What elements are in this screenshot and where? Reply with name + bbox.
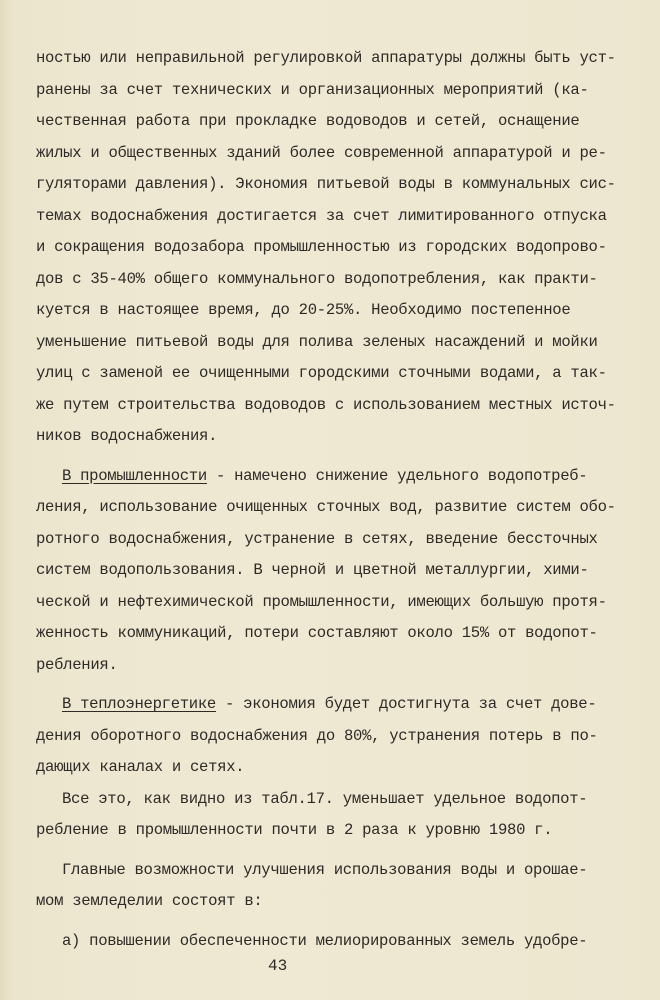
text-line: ностью или неправильной регулировкой апп… <box>36 43 656 75</box>
text-line: Главные возможности улучшения использова… <box>36 855 656 887</box>
text-line: В теплоэнергетике - экономия будет дости… <box>36 689 656 721</box>
text-line: улиц с заменой ее очищенными городскими … <box>36 358 656 390</box>
document-body: ностью или неправильной регулировкой апп… <box>36 43 656 957</box>
text-line: дающих каналах и сетях. <box>36 752 656 784</box>
text-line: ребление в промышленности почти в 2 раза… <box>36 815 656 847</box>
text-line: гуляторами давления). Экономия питьевой … <box>36 169 656 201</box>
text-line: жилых и общественных зданий более соврем… <box>36 138 656 170</box>
paragraph-municipal: ностью или неправильной регулировкой апп… <box>36 43 656 453</box>
text-line: дения оборотного водоснабжения до 80%, у… <box>36 721 656 753</box>
section-heading-industry: В промышленности <box>62 467 207 485</box>
paragraph-industry: В промышленности - намечено снижение уде… <box>36 461 656 682</box>
text-line: систем водопользования. В черной и цветн… <box>36 555 656 587</box>
paragraph-summary: Все это, как видно из табл.17. уменьшает… <box>36 784 656 847</box>
text-run: - намечено снижение удельного водопотреб… <box>207 467 587 485</box>
text-line: темах водоснабжения достигается за счет … <box>36 201 656 233</box>
text-line: женность коммуникаций, потери составляют… <box>36 618 656 650</box>
paragraph-heat-power: В теплоэнергетике - экономия будет дости… <box>36 689 656 784</box>
section-heading-heat-power: В теплоэнергетике <box>62 695 216 713</box>
page-number: 43 <box>268 957 287 975</box>
text-line: ников водоснабжения. <box>36 421 656 453</box>
text-line: уменьшение питьевой воды для полива зеле… <box>36 327 656 359</box>
text-line: ротного водоснабжения, устранение в сетя… <box>36 524 656 556</box>
text-line: ческой и нефтехимической промышленности,… <box>36 587 656 619</box>
text-line: ления, использование очищенных сточных в… <box>36 492 656 524</box>
text-line: мом земледелии состоят в: <box>36 886 656 918</box>
text-line: Все это, как видно из табл.17. уменьшает… <box>36 784 656 816</box>
text-line: а) повышении обеспеченности мелиорирован… <box>36 926 656 958</box>
list-item-a: а) повышении обеспеченности мелиорирован… <box>36 926 656 958</box>
paragraph-irrigation: Главные возможности улучшения использова… <box>36 855 656 918</box>
text-line: куется в настоящее время, до 20-25%. Нео… <box>36 295 656 327</box>
text-line: же путем строительства водоводов с испол… <box>36 390 656 422</box>
text-line: ребления. <box>36 650 656 682</box>
text-line: и сокращения водозабора промышленностью … <box>36 232 656 264</box>
text-run: - экономия будет достигнута за счет дове… <box>216 695 596 713</box>
document-page: ностью или неправильной регулировкой апп… <box>0 0 660 1000</box>
text-line: В промышленности - намечено снижение уде… <box>36 461 656 493</box>
text-line: ранены за счет технических и организацио… <box>36 75 656 107</box>
text-line: дов с 35-40% общего коммунального водопо… <box>36 264 656 296</box>
text-line: чественная работа при прокладке водоводо… <box>36 106 656 138</box>
